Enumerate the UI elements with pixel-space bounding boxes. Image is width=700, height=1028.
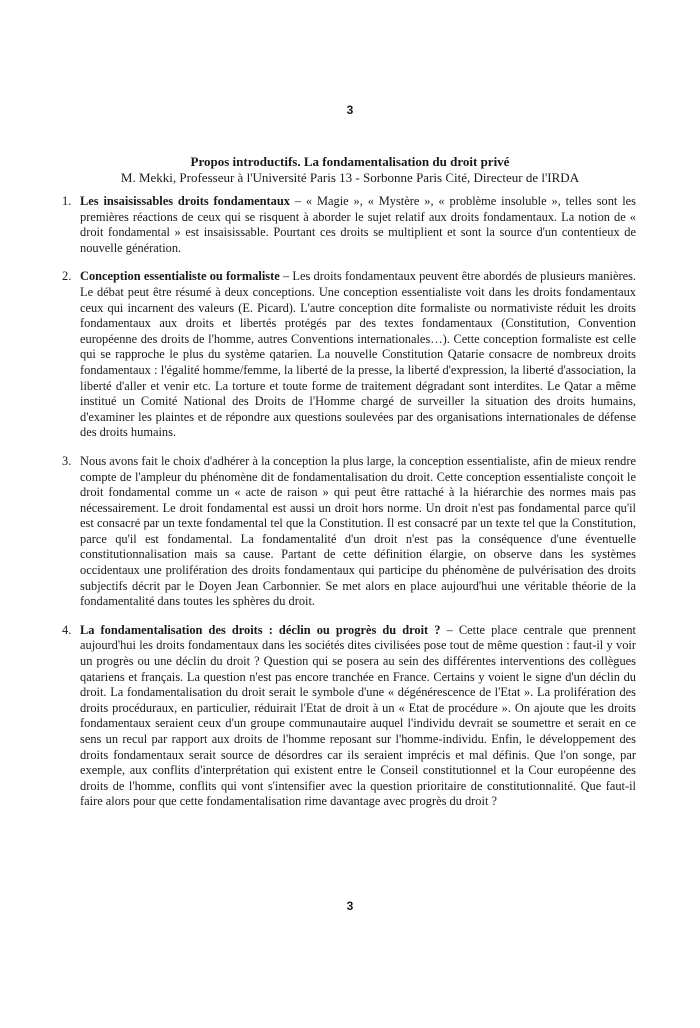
page-number-bottom: 3 (0, 899, 700, 913)
paragraph-item-4: 4.La fondamentalisation des droits : déc… (62, 623, 636, 810)
paragraph-item-1: 1.Les insaisissables droits fondamentaux… (62, 194, 636, 256)
paragraph-number: 4. (62, 623, 71, 639)
paragraph-number: 3. (62, 454, 71, 470)
page-number-top: 3 (0, 103, 700, 117)
paragraph-heading: Les insaisissables droits fondamentaux (80, 194, 290, 208)
paragraph-item-3: 3.Nous avons fait le choix d'adhérer à l… (62, 454, 636, 610)
document-title: Propos introductifs. La fondamentalisati… (0, 154, 700, 170)
paragraph-text: Nous avons fait le choix d'adhérer à la … (80, 454, 636, 608)
paragraph-text: – Les droits fondamentaux peuvent être a… (80, 269, 636, 439)
document-author: M. Mekki, Professeur à l'Université Pari… (0, 170, 700, 186)
numbered-paragraph-list: 1.Les insaisissables droits fondamentaux… (62, 194, 636, 823)
paragraph-text: – Cette place centrale que prennent aujo… (80, 623, 636, 809)
paragraph-item-2: 2.Conception essentialiste ou formaliste… (62, 269, 636, 441)
paragraph-heading: La fondamentalisation des droits : décli… (80, 623, 440, 637)
paragraph-number: 2. (62, 269, 71, 285)
document-header: Propos introductifs. La fondamentalisati… (0, 154, 700, 186)
paragraph-number: 1. (62, 194, 71, 210)
paragraph-heading: Conception essentialiste ou formaliste (80, 269, 280, 283)
